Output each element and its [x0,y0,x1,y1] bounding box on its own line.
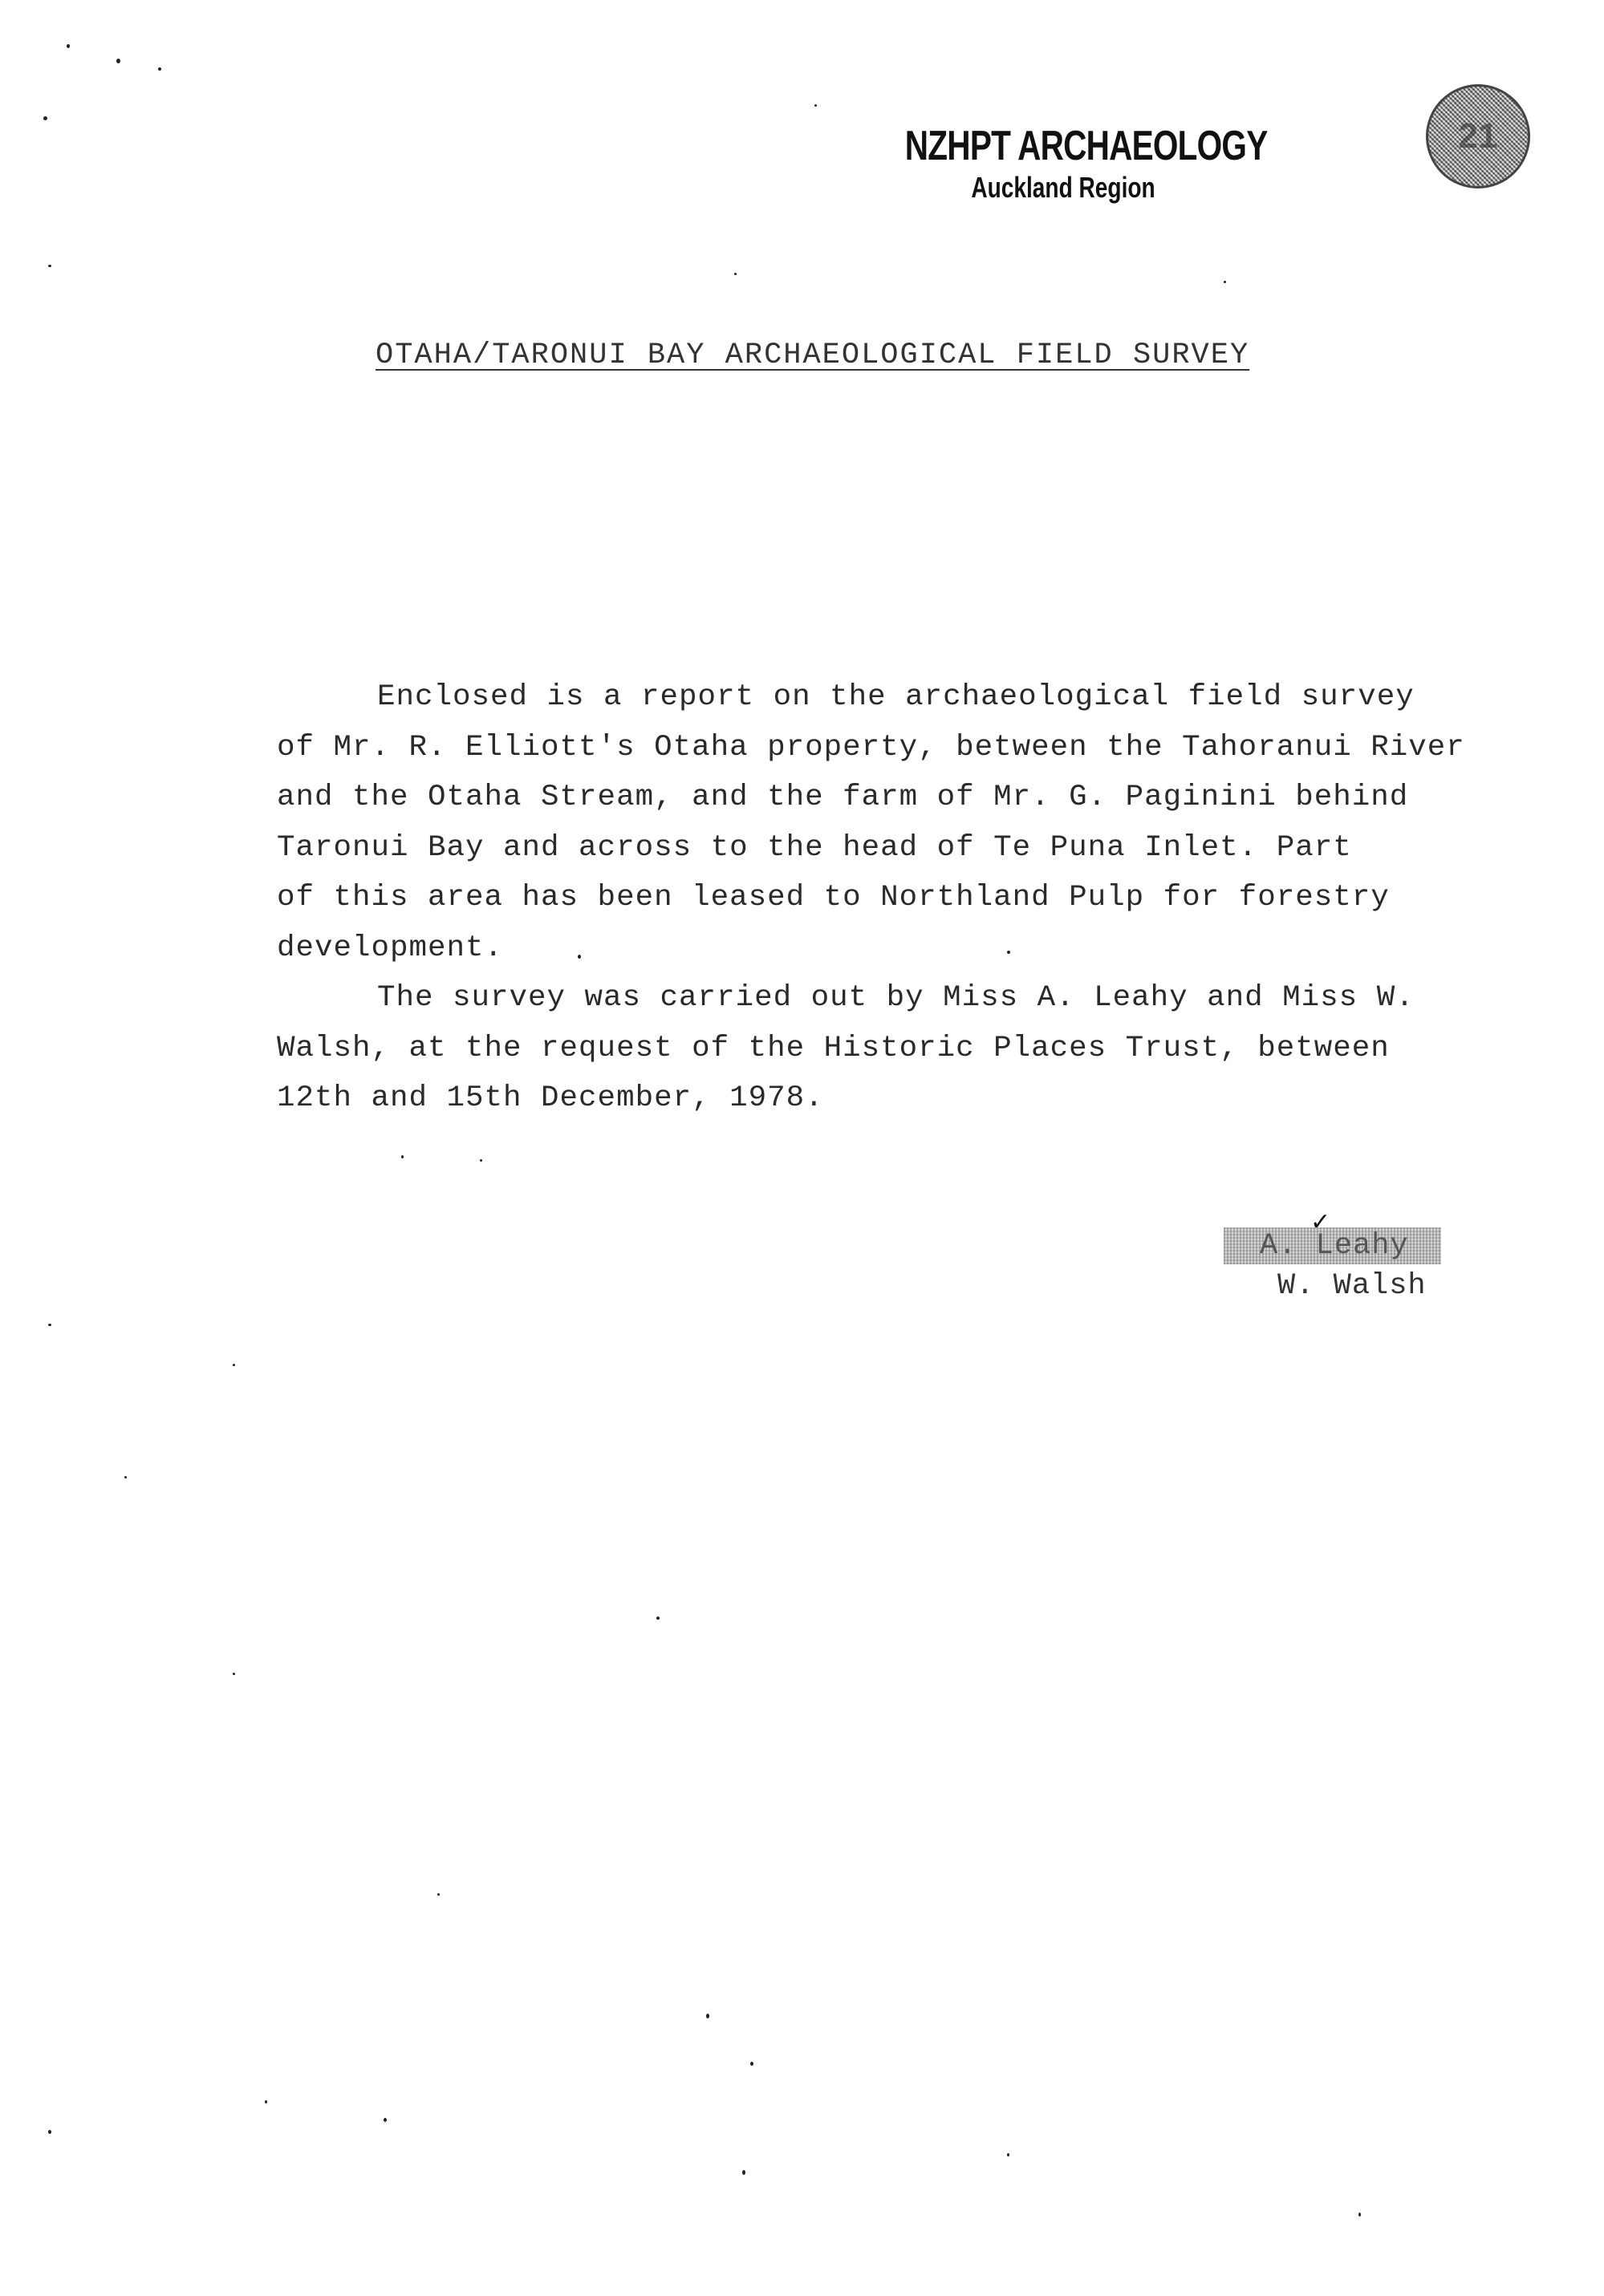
scan-speck [48,265,51,267]
signatory-highlighted: ✓ A. Leahy [1224,1227,1441,1264]
paragraph-line: 12th and 15th December, 1978. [277,1073,1577,1124]
paragraph-line: development. [277,923,1577,974]
scan-speck [158,67,161,71]
scan-speck [265,2100,267,2103]
paragraph-line: Enclosed is a report on the archaeologic… [277,672,1577,723]
scan-speck [437,1893,440,1896]
organization-name: NZHPT ARCHAEOLOGY [905,122,1205,170]
scan-speck [43,116,47,120]
scan-speck [656,1617,660,1620]
scan-speck [1358,2213,1361,2217]
check-mark-icon: ✓ [1310,1208,1331,1236]
scan-speck [124,1476,127,1479]
scan-speck [742,2170,745,2175]
scan-speck [480,1159,482,1162]
scan-speck [116,59,120,63]
paragraph-1: Enclosed is a report on the archaeologic… [277,672,1577,973]
signatory-name-1: A. Leahy [1260,1229,1409,1263]
letterhead-stamp: NZHPT ARCHAEOLOGY Auckland Region [863,122,1248,205]
scan-speck [48,1324,51,1326]
scan-speck [1007,2153,1009,2156]
paragraph-line: Walsh, at the request of the Historic Pl… [277,1024,1577,1074]
paragraph-line: and the Otaha Stream, and the farm of Mr… [277,773,1577,823]
paragraph-line: Taronui Bay and across to the head of Te… [277,823,1577,874]
paragraph-2: The survey was carried out by Miss A. Le… [277,973,1577,1124]
scan-speck [401,1155,404,1158]
scan-speck [706,2014,709,2018]
document-title: OTAHA/TARONUI BAY ARCHAEOLOGICAL FIELD S… [376,339,1249,372]
signature-block: ✓ A. Leahy W. Walsh [1228,1227,1533,1303]
scan-speck [734,273,737,275]
document-page: NZHPT ARCHAEOLOGY Auckland Region 21 OTA… [0,0,1604,2296]
page-number: 21 [1459,116,1498,156]
scan-speck [233,1364,235,1366]
scan-speck [578,955,581,959]
region-name: Auckland Region [920,170,1208,205]
scan-speck [48,2130,51,2134]
scan-speck [814,104,817,107]
scan-speck [1224,281,1226,283]
paragraph-line: of Mr. R. Elliott's Otaha property, betw… [277,723,1577,773]
scan-speck [384,2118,387,2122]
page-number-stamp: 21 [1426,84,1530,189]
scan-speck [750,2062,753,2066]
scan-speck [1007,951,1010,954]
paragraph-line: of this area has been leased to Northlan… [277,873,1577,923]
paragraph-line: The survey was carried out by Miss A. Le… [277,973,1577,1024]
scan-speck [67,44,70,48]
scan-speck [233,1673,235,1675]
signatory-name-2: W. Walsh [1228,1269,1533,1303]
document-body: Enclosed is a report on the archaeologic… [277,672,1577,1124]
